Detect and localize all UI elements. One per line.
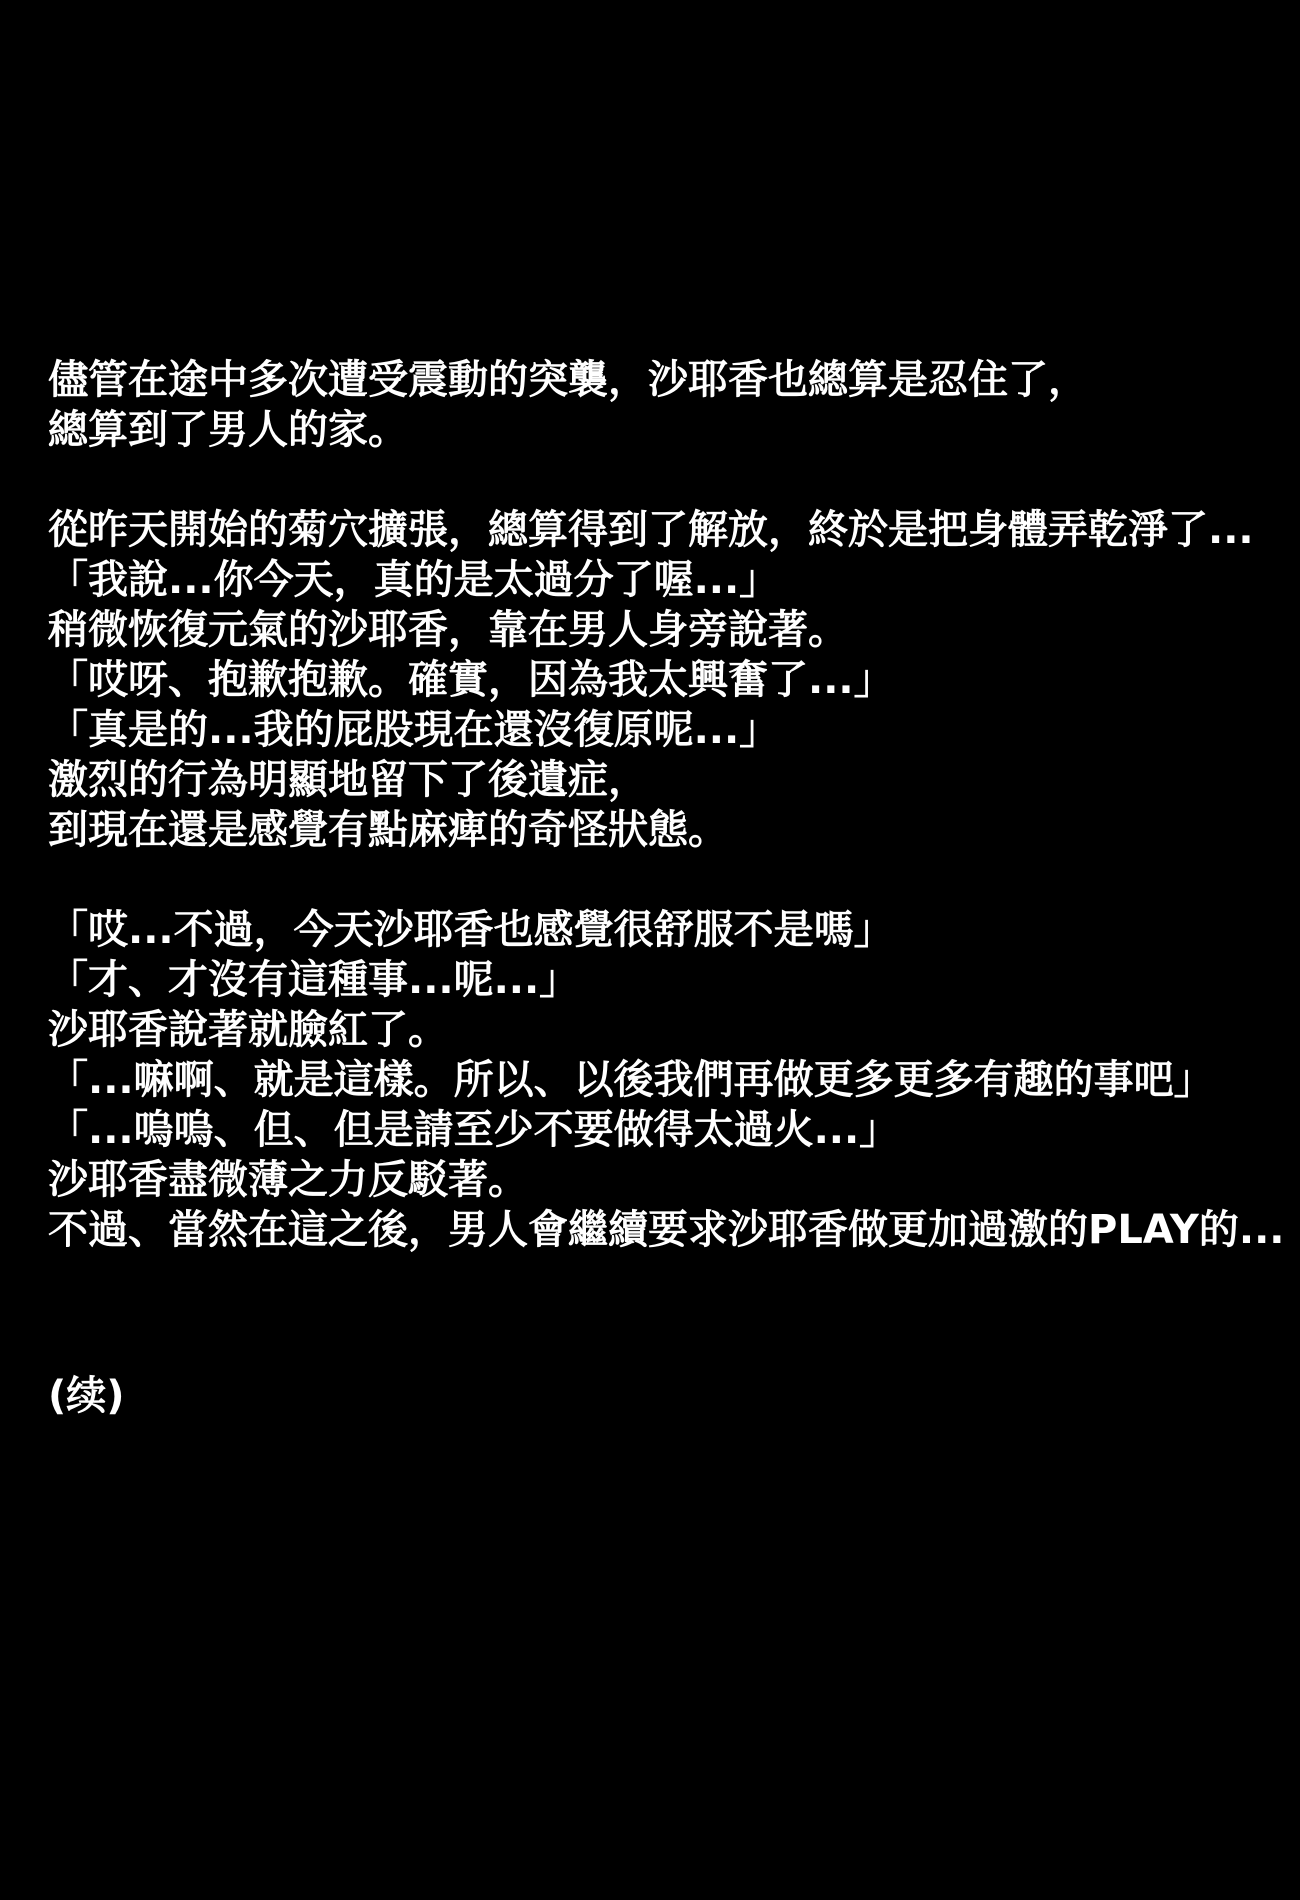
text-line: 「哎...不過，今天沙耶香也感覺很舒服不是嗎」 bbox=[48, 905, 1300, 955]
text-line: 「哎呀、抱歉抱歉。確實，因為我太興奮了...」 bbox=[48, 655, 1300, 705]
text-line: 「...嘛啊、就是這樣。所以、以後我們再做更多更多有趣的事吧」 bbox=[48, 1055, 1300, 1105]
text-line: 不過、當然在這之後，男人會繼續要求沙耶香做更加過激的PLAY的... bbox=[48, 1205, 1300, 1255]
text-line bbox=[48, 1305, 1300, 1355]
text-line: 到現在還是感覺有點麻痺的奇怪狀態。 bbox=[48, 805, 1300, 855]
text-line: 「才、才沒有這種事...呢...」 bbox=[48, 955, 1300, 1005]
text-line bbox=[48, 455, 1300, 505]
text-line bbox=[48, 1255, 1300, 1305]
text-line: 「我說...你今天，真的是太過分了喔...」 bbox=[48, 555, 1300, 605]
story-text: 儘管在途中多次遭受震動的突襲，沙耶香也總算是忍住了，總算到了男人的家。從昨天開始… bbox=[48, 355, 1300, 1355]
continuation-marker: (续) bbox=[48, 1371, 1300, 1421]
text-line bbox=[48, 855, 1300, 905]
text-line: 「...嗚嗚、但、但是請至少不要做得太過火...」 bbox=[48, 1105, 1300, 1155]
text-line: 總算到了男人的家。 bbox=[48, 405, 1300, 455]
text-line: 儘管在途中多次遭受震動的突襲，沙耶香也總算是忍住了， bbox=[48, 355, 1300, 405]
page: 儘管在途中多次遭受震動的突襲，沙耶香也總算是忍住了，總算到了男人的家。從昨天開始… bbox=[0, 0, 1300, 1900]
text-line: 沙耶香說著就臉紅了。 bbox=[48, 1005, 1300, 1055]
text-line: 「真是的...我的屁股現在還沒復原呢...」 bbox=[48, 705, 1300, 755]
text-line: 沙耶香盡微薄之力反駁著。 bbox=[48, 1155, 1300, 1205]
text-line: 激烈的行為明顯地留下了後遺症， bbox=[48, 755, 1300, 805]
text-line: 稍微恢復元氣的沙耶香，靠在男人身旁說著。 bbox=[48, 605, 1300, 655]
text-line: 從昨天開始的菊穴擴張，總算得到了解放，終於是把身體弄乾淨了... bbox=[48, 505, 1300, 555]
